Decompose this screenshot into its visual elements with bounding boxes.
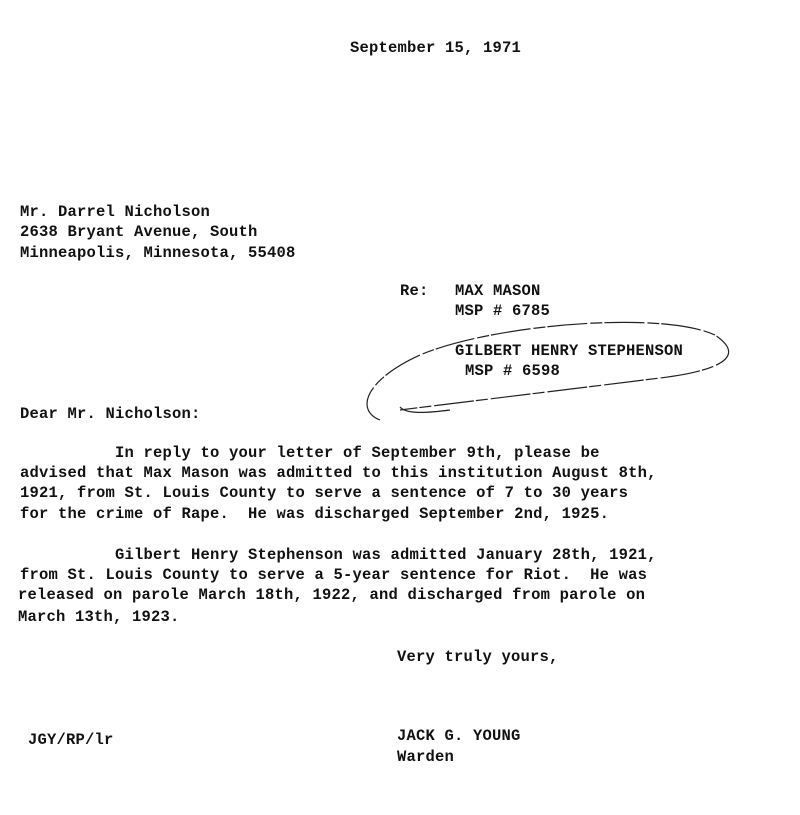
subject-2-name: GILBERT HENRY STEPHENSON — [455, 341, 683, 361]
salutation: Dear Mr. Nicholson: — [20, 404, 201, 424]
reference-label: Re: — [400, 281, 429, 301]
closing: Very truly yours, — [397, 647, 559, 667]
body-line: from St. Louis County to serve a 5-year … — [20, 565, 647, 585]
recipient-name: Mr. Darrel Nicholson — [20, 202, 210, 222]
subject-2-number: MSP # 6598 — [465, 361, 560, 381]
body-line: advised that Max Mason was admitted to t… — [20, 463, 657, 483]
signer-title: Warden — [397, 747, 454, 767]
letter-date: September 15, 1971 — [350, 38, 521, 58]
body-line: released on parole March 18th, 1922, and… — [18, 585, 645, 605]
body-line: Gilbert Henry Stephenson was admitted Ja… — [20, 545, 657, 565]
body-line: 1921, from St. Louis County to serve a s… — [20, 483, 628, 503]
signer-name: JACK G. YOUNG — [397, 726, 521, 746]
subject-1-name: MAX MASON — [455, 281, 541, 301]
recipient-street: 2638 Bryant Avenue, South — [20, 222, 258, 242]
recipient-city: Minneapolis, Minnesota, 55408 — [20, 243, 296, 263]
body-line: In reply to your letter of September 9th… — [20, 443, 600, 463]
body-line: March 13th, 1923. — [18, 607, 180, 627]
typist-initials: JGY/RP/lr — [28, 730, 114, 750]
body-line: for the crime of Rape. He was discharged… — [20, 504, 609, 524]
subject-1-number: MSP # 6785 — [455, 301, 550, 321]
